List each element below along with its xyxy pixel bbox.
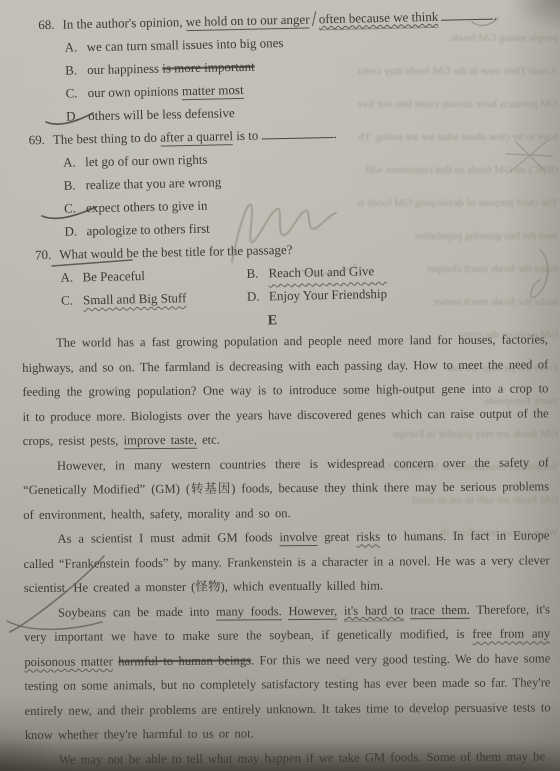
passage-line: The world has a fast growing population … <box>22 327 548 355</box>
text-segment: “Genetically Modified” (GM) (转基因) foods,… <box>23 479 549 497</box>
text-segment: improve taste, <box>124 433 197 450</box>
text-segment: called “Frankenstein foods” by many. Fra… <box>24 553 550 571</box>
text-segment: highways, and so on. The farmland is dec… <box>22 357 548 375</box>
text-segment: crops, resist pests, <box>23 433 124 448</box>
text-segment: our happiness <box>87 61 162 78</box>
text-segment: realize that you are wrong <box>85 174 221 192</box>
questions-block: 68.In the author's opinion, we hold on t… <box>0 2 560 339</box>
text-segment: many foods. <box>216 604 282 620</box>
question-stem-text: What would be the best title for the pas… <box>59 242 292 262</box>
text-segment: . <box>493 8 497 23</box>
text-segment: As a scientist I must admit GM foods <box>57 530 279 546</box>
text-segment: . For this we need very good testing. We… <box>251 651 550 667</box>
question-number: 70. <box>35 243 52 266</box>
passage-line: “Genetically Modified” (GM) (转基因) foods,… <box>23 474 549 502</box>
text-segment: after a quarrel <box>160 128 233 147</box>
option-text: we can turn small issues into big ones <box>87 35 284 54</box>
passage-line: of environment, health, safety, morality… <box>23 499 549 527</box>
text-segment: However, in many western countries there… <box>57 455 549 472</box>
text-segment: risks <box>356 530 380 544</box>
text-segment: involve <box>279 530 317 546</box>
passage-line: scientist. He created a monster (怪物), wh… <box>24 572 550 600</box>
text-segment: others will be less defensive <box>88 105 235 123</box>
option-label: D. <box>64 219 86 242</box>
text-segment: scientist. He created a monster (怪物), wh… <box>24 578 383 595</box>
text-segment: We may not be able to tell what may happ… <box>59 749 545 766</box>
text-segment: matter most <box>182 82 244 100</box>
text-segment: is more important <box>162 59 255 76</box>
option-text: Be Peaceful <box>82 268 145 284</box>
passage-line: called “Frankenstein foods” by many. Fra… <box>24 548 550 576</box>
question-number: 69. <box>28 128 45 151</box>
text-segment: Therefore, it's <box>470 602 550 617</box>
text-segment: Be Peaceful <box>82 268 145 284</box>
option-text: realize that you are wrong <box>85 174 221 192</box>
passage-line: know whether they're harmful to us or no… <box>25 719 551 747</box>
text-segment <box>261 126 333 140</box>
text-segment: very important we have to make sure the … <box>24 627 472 644</box>
passage-line: feeding the growing population? One way … <box>22 376 548 404</box>
text-segment: However, <box>288 603 337 619</box>
text-segment: apologize to others first <box>86 221 209 239</box>
passage-line: very important we have to make sure the … <box>24 621 550 649</box>
option-label: A. <box>64 35 86 58</box>
text-segment: In the author's opinion, <box>62 14 186 32</box>
question-70-option-b: B.Reach Out and Give <box>246 259 374 285</box>
text-segment: we hold on to our anger <box>186 12 310 32</box>
option-text: others will be less defensive <box>88 105 235 123</box>
text-segment: expect others to give in <box>86 198 208 216</box>
text-segment: trace them. <box>410 602 470 618</box>
passage-line: As a scientist I must admit GM foods inv… <box>23 523 549 551</box>
passage: The world has a fast growing population … <box>22 327 551 771</box>
passage-line: However, in many western countries there… <box>23 450 549 478</box>
text-segment: harmful to human beings <box>118 653 251 668</box>
passage-line: it to produce more. Biologists over the … <box>23 401 549 429</box>
exam-paper-photo: people eating GM foods.A note Their ease… <box>0 0 560 771</box>
passage-line: crops, resist pests, improve taste, etc. <box>23 425 549 453</box>
option-label: C. <box>61 288 83 311</box>
text-segment: Small and Big Stuff <box>83 290 187 307</box>
passage-line: Soybeans can be made into many foods. Ho… <box>24 597 550 625</box>
passage-line: testing on some animals, but no complete… <box>24 670 550 698</box>
text-segment: poisonous matter <box>24 654 113 669</box>
text-segment: The world has a fast growing population … <box>56 332 548 349</box>
text-segment: testing on some animals, but no complete… <box>24 675 550 693</box>
text-segment: it to produce more. Biologists over the … <box>23 406 549 424</box>
passage-line: We may not be able to tell what may happ… <box>25 744 551 771</box>
option-label: B. <box>63 173 85 196</box>
option-text: expect others to give in <box>86 198 208 216</box>
question-stem-text: The best thing to do after a quarrel is … <box>53 126 337 147</box>
option-text: Small and Big Stuff <box>83 290 187 307</box>
option-label: D. <box>66 104 88 127</box>
option-text: Enjoy Your Friendship <box>269 286 387 303</box>
text-segment: of environment, health, safety, morality… <box>23 506 291 522</box>
option-label: A. <box>63 150 85 173</box>
text-segment: often because we think <box>319 9 439 30</box>
text-segment: Reach Out and Give <box>268 263 374 280</box>
text-segment: it's hard to <box>344 603 404 621</box>
text-segment: etc. <box>197 433 220 447</box>
option-text: our own opinions matter most <box>88 82 244 100</box>
passage-line: poisonous matter harmful to human beings… <box>24 646 550 674</box>
option-text: let go of our own rights <box>85 152 208 170</box>
text-segment: great <box>317 530 356 544</box>
option-text: apologize to others first <box>86 221 209 239</box>
option-label: B. <box>246 261 268 284</box>
option-text: our happiness is more important <box>87 59 255 78</box>
text-segment: What would be the best title for the pas… <box>59 242 292 262</box>
text-segment: free from any <box>472 626 550 641</box>
text-segment: The best thing to do <box>53 130 161 147</box>
text-segment <box>441 8 493 21</box>
question-70-option-c: C.Small and Big Stuff <box>61 285 247 312</box>
text-segment: we can turn small issues into big ones <box>87 35 284 54</box>
question-number: 68. <box>38 13 55 36</box>
passage-line: highways, and so on. The farmland is dec… <box>22 352 548 380</box>
text-segment: our own opinions <box>88 83 183 100</box>
option-label: B. <box>65 58 87 81</box>
text-segment: is to <box>233 128 262 144</box>
option-label: D. <box>247 284 269 307</box>
option-text: Reach Out and Give <box>268 263 374 280</box>
question-70-option-d: D.Enjoy Your Friendship <box>247 282 388 308</box>
text-segment: Soybeans can be made into <box>58 604 216 619</box>
option-label: C. <box>64 196 86 219</box>
text-segment: Enjoy Your Friendship <box>269 286 387 303</box>
passage-line: entirely new, and their problems are ent… <box>25 695 551 723</box>
text-segment: know whether they're harmful to us or no… <box>25 726 254 742</box>
option-label: A. <box>60 265 82 288</box>
text-segment: . <box>333 126 337 141</box>
text-segment: let go of our own rights <box>85 152 208 170</box>
option-label: C. <box>65 81 87 104</box>
text-segment: entirely new, and their problems are ent… <box>25 700 551 718</box>
